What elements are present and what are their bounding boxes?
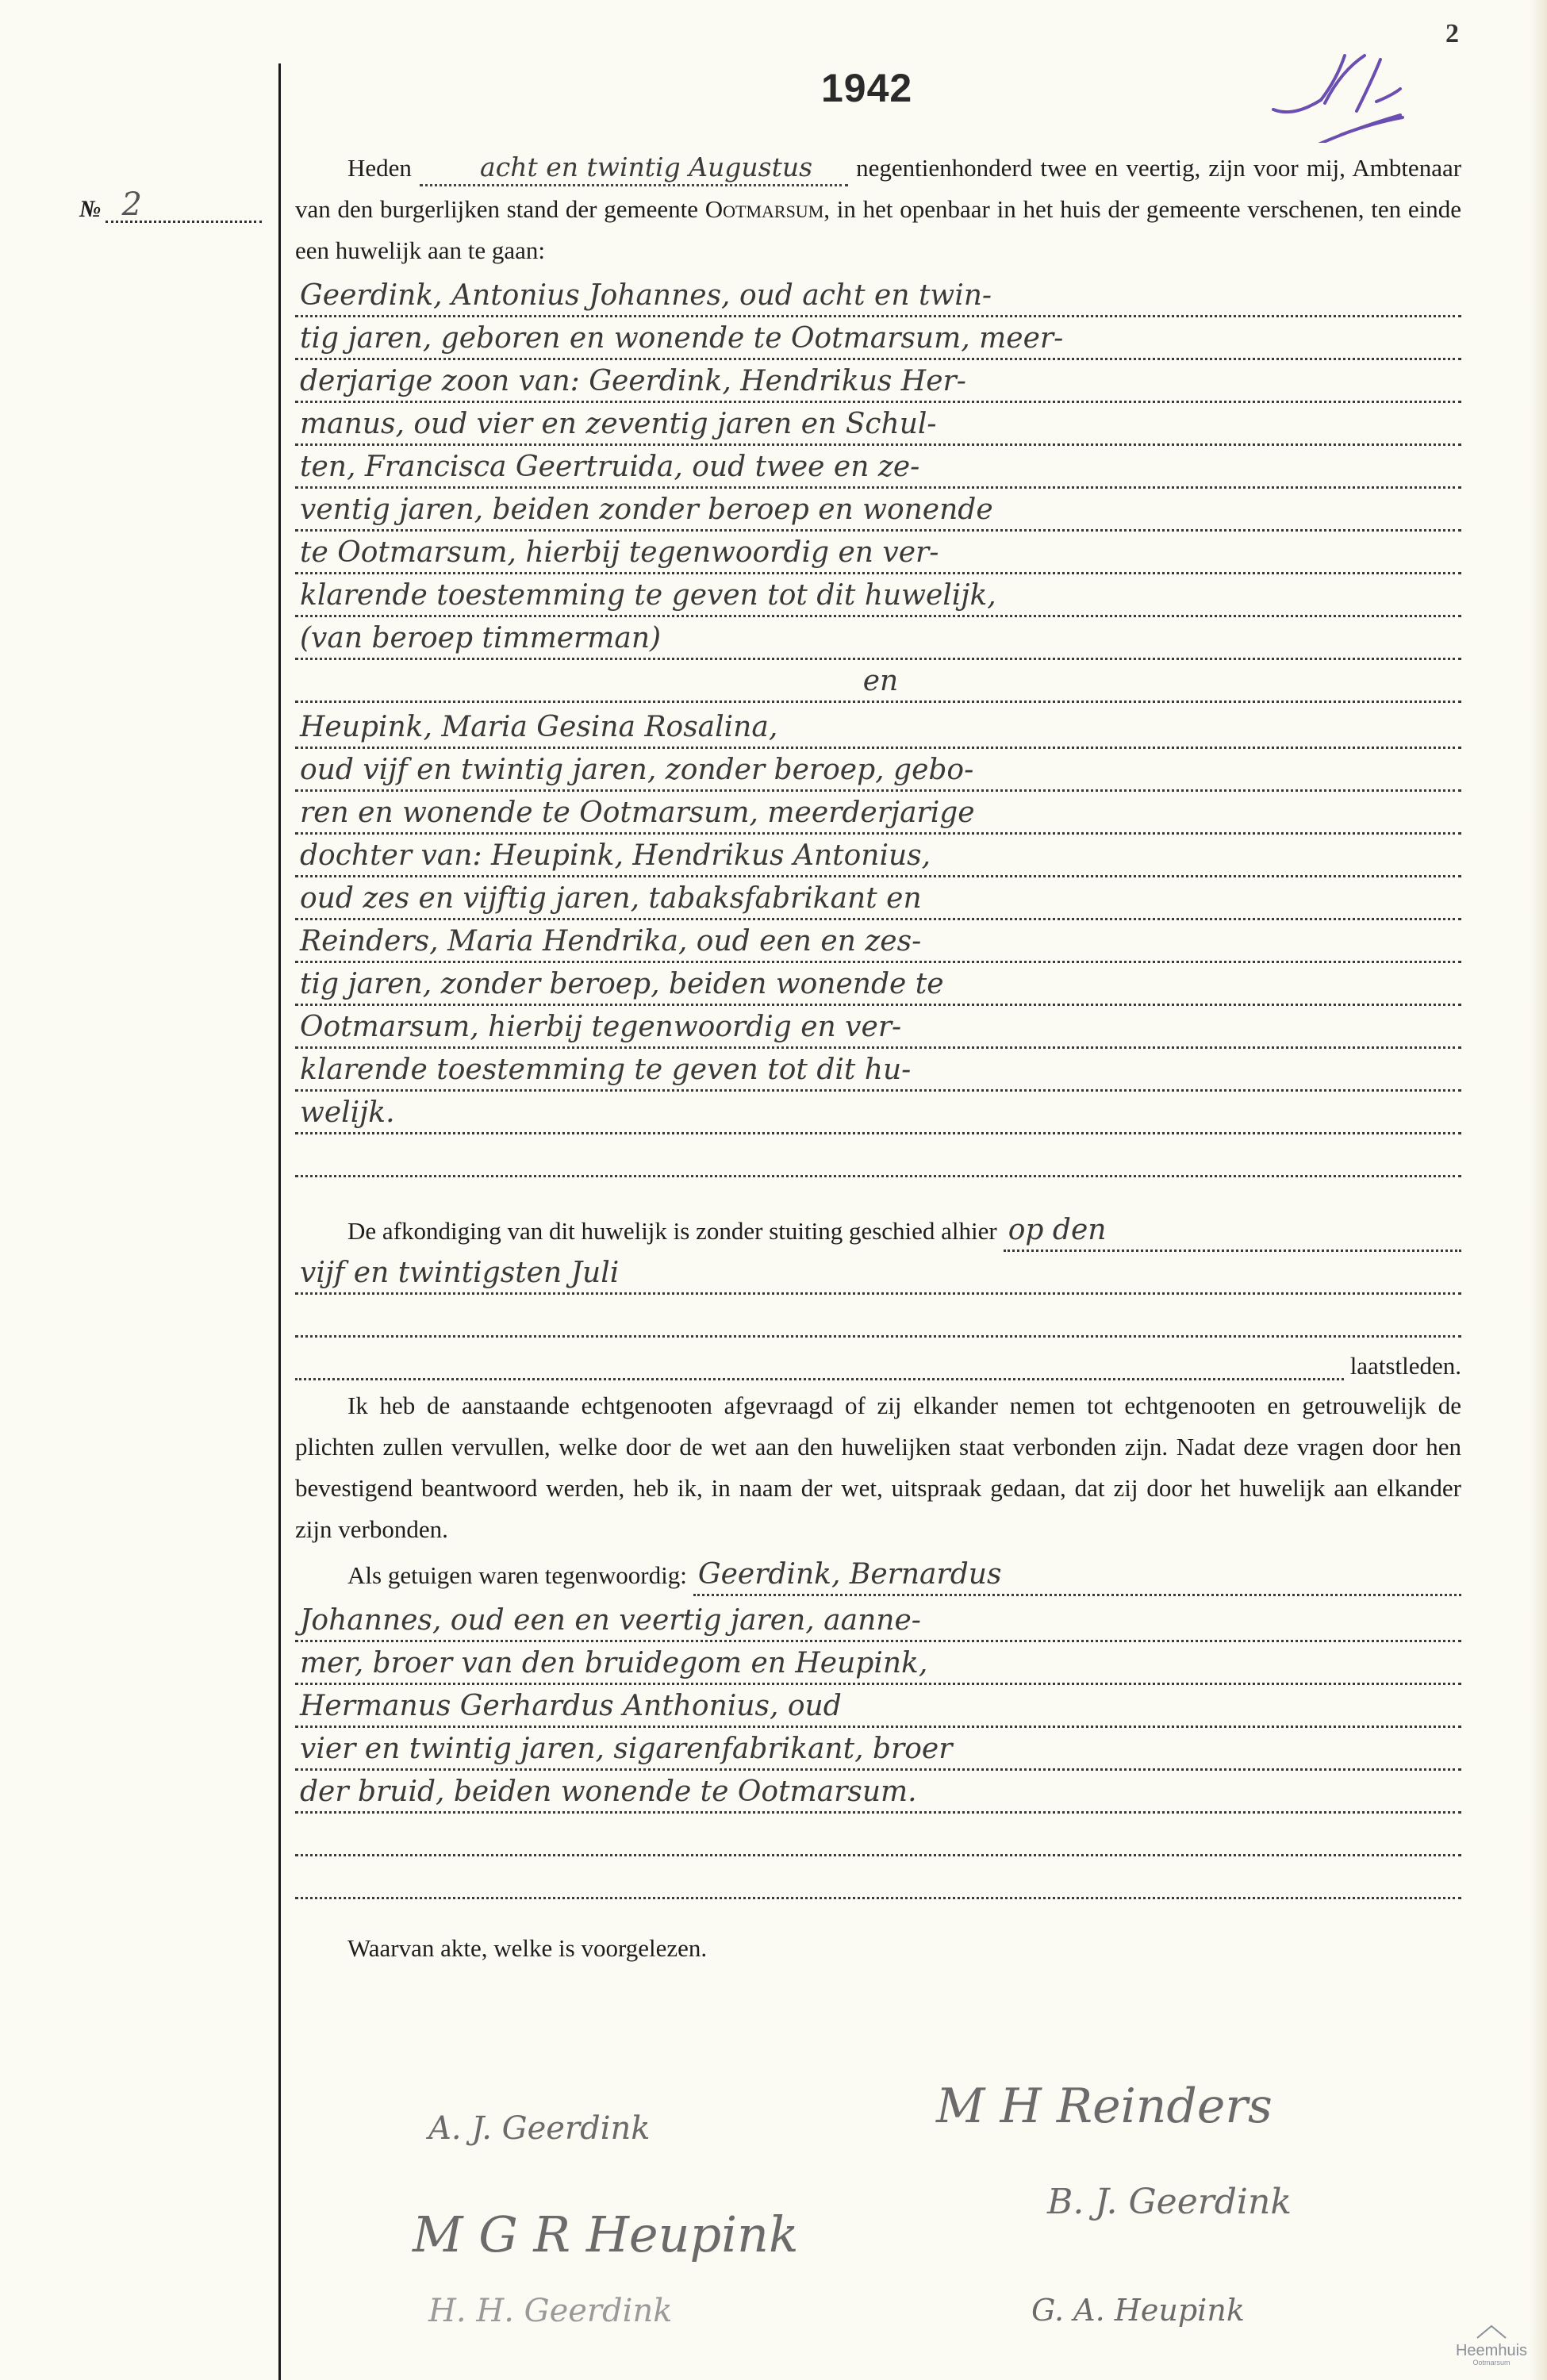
bride-line: dochter van: Heupink, Hendrikus Antonius…: [295, 835, 1461, 877]
bride-line: welijk.: [295, 1092, 1461, 1134]
page-number: 2: [1445, 19, 1459, 49]
margin-rule: [278, 63, 281, 2380]
witness-line-blank: [295, 1856, 1461, 1899]
akte-number-value: 2: [106, 189, 262, 223]
witness-fill: Geerdink, Bernardus: [693, 1553, 1461, 1596]
watermark-name: Heemhuis: [1452, 2343, 1531, 2359]
signature-bride: M G R Heupink: [413, 2205, 799, 2263]
groom-line: derjarige zoon van: Geerdink, Hendrikus …: [295, 360, 1461, 403]
groom-line: ten, Francisca Geertruida, oud twee en z…: [295, 446, 1461, 489]
groom-line: klarende toestemming te geven tot dit hu…: [295, 574, 1461, 617]
signature-witness-1: B. J. Geerdink: [1047, 2182, 1292, 2222]
witness-line-blank: [295, 1814, 1461, 1856]
page-edge-shadow: [1530, 0, 1547, 2380]
marriage-date-fill: acht en twintig Augustus: [420, 151, 848, 186]
bride-section: Heupink, Maria Gesina Rosalina, oud vijf…: [295, 706, 1461, 1177]
witness-line: Hermanus Gerhardus Anthonius, oud: [295, 1685, 1461, 1728]
paraph-icon: [1261, 24, 1404, 143]
bride-line: oud vijf en twintig jaren, zonder beroep…: [295, 749, 1461, 792]
closing-statement: Waarvan akte, welke is voorgelezen.: [295, 1928, 1461, 1969]
groom-line: ventig jaren, beiden zonder beroep en wo…: [295, 489, 1461, 532]
bride-line-blank: [295, 1134, 1461, 1177]
heemhuis-watermark: Heemhuis Ootmarsum: [1452, 2324, 1531, 2367]
bride-line: Reinders, Maria Hendrika, oud een en zes…: [295, 920, 1461, 963]
witnesses-label: Als getuigen waren tegenwoordig:: [295, 1555, 687, 1596]
house-roof-icon: [1476, 2324, 1507, 2339]
witness-line: vier en twintig jaren, sigarenfabrikant,…: [295, 1728, 1461, 1771]
witnesses-section: Johannes, oud een en veertig jaren, aann…: [295, 1599, 1461, 1899]
proclamation-line-blank: [295, 1338, 1344, 1380]
witness-line: der bruid, beiden wonende te Ootmarsum.: [295, 1771, 1461, 1814]
groom-line: Geerdink, Antonius Johannes, oud acht en…: [295, 274, 1461, 317]
groom-line: manus, oud vier en zeventig jaren en Sch…: [295, 403, 1461, 446]
bride-line: Ootmarsum, hierbij tegenwoordig en ver-: [295, 1006, 1461, 1049]
proclamation-row: De afkondiging van dit huwelijk is zonde…: [295, 1209, 1461, 1252]
groom-section: Geerdink, Antonius Johannes, oud acht en…: [295, 274, 1461, 703]
akte-number: № 2: [79, 189, 262, 223]
proclamation-end-row: laatstleden.: [295, 1338, 1461, 1380]
proclamation-suffix: laatstleden.: [1344, 1352, 1461, 1380]
intro-year-text: negentienhonderd: [856, 154, 1032, 182]
bride-line: Heupink, Maria Gesina Rosalina,: [295, 706, 1461, 749]
bride-line: oud zes en vijftig jaren, tabaksfabrikan…: [295, 877, 1461, 920]
witness-line: Johannes, oud een en veertig jaren, aann…: [295, 1599, 1461, 1642]
municipality-name: Ootmarsum: [705, 195, 824, 223]
bride-line: klarende toestemming te geven tot dit hu…: [295, 1049, 1461, 1092]
groom-line: te Ootmarsum, hierbij tegenwoordig en ve…: [295, 532, 1461, 574]
signature-groom-father: H. H. Geerdink: [428, 2293, 672, 2329]
proclamation-label: De afkondiging van dit huwelijk is zonde…: [295, 1211, 997, 1252]
watermark-town: Ootmarsum: [1452, 2359, 1531, 2367]
proclamation-fill: op den: [1004, 1209, 1461, 1252]
signatures-area: A. J. Geerdink M H Reinders B. J. Geerdi…: [397, 2063, 1507, 2364]
declaration-paragraph: Ik heb de aanstaande echtgenooten afgevr…: [295, 1385, 1461, 1550]
signature-witness-2: G. A. Heupink: [1031, 2293, 1245, 2328]
witness-row: Als getuigen waren tegenwoordig: Geerdin…: [295, 1553, 1461, 1596]
groom-line: (van beroep timmerman): [295, 617, 1461, 660]
groom-line: tig jaren, geboren en wonende te Ootmars…: [295, 317, 1461, 360]
signature-bride-mother: M H Reinders: [936, 2079, 1273, 2134]
witness-line: mer, broer van den bruidegom en Heupink,: [295, 1642, 1461, 1685]
register-year: 1942: [821, 65, 912, 111]
bride-line: ren en wonende te Ootmarsum, meerderjari…: [295, 792, 1461, 835]
number-sign: №: [79, 196, 101, 223]
heden-label: Heden: [347, 154, 412, 182]
proclamation-line-blank: [295, 1295, 1461, 1338]
bride-line: tig jaren, zonder beroep, beiden wonende…: [295, 963, 1461, 1006]
intro-paragraph: Heden acht en twintig Augustus negentien…: [295, 148, 1461, 271]
marriage-record: Heden acht en twintig Augustus negentien…: [295, 148, 1461, 1969]
connector-en: en: [295, 660, 1461, 703]
signature-groom: A. J. Geerdink: [428, 2110, 651, 2147]
proclamation-line: vijf en twintigsten Juli: [295, 1252, 1461, 1295]
